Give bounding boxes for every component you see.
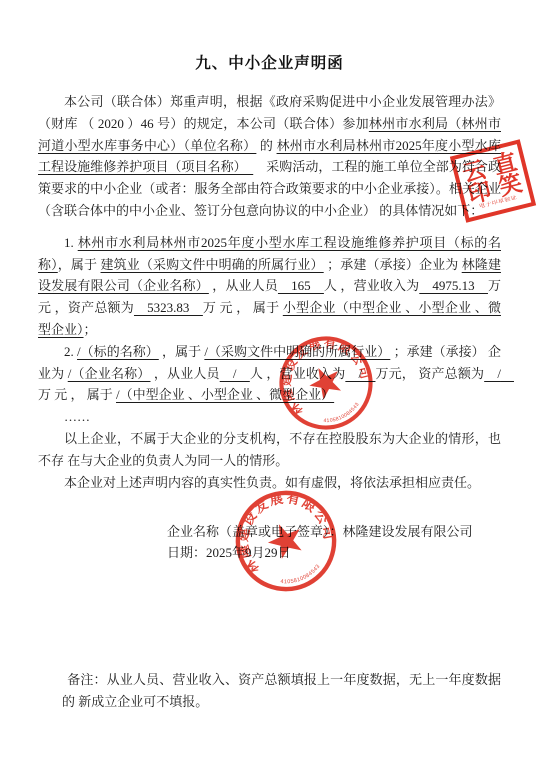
star-icon — [263, 518, 308, 562]
text-run: ，属于 — [58, 257, 101, 272]
filled-blank: 5323.83 — [134, 300, 203, 315]
paragraph-ellipsis: …… — [38, 406, 501, 428]
text-run: 万元， 资产总额为 — [375, 366, 484, 381]
filled-blank: / — [220, 366, 250, 381]
text-run: ，属于 — [159, 344, 205, 359]
text-run: 2. — [64, 344, 77, 359]
filled-blank: / — [484, 366, 514, 381]
document-title: 九、中小企业声明函 — [38, 54, 501, 74]
text-run: 人 ，营业收入为 — [324, 278, 419, 293]
filled-blank: 建筑业（采购文件中明确的所属行业） — [101, 257, 324, 272]
text-run: 万 元 ， 属于 — [203, 300, 283, 315]
filled-blank: 4975.13 — [419, 278, 488, 293]
star-icon — [304, 361, 346, 403]
filled-blank: /（企业名称） — [68, 366, 151, 381]
paragraph-branch-statement: 以上企业，不属于大企业的分支机构，不存在控股股东为大企业的情形，也不存 在与大企… — [38, 428, 501, 472]
declaration-document-page: 九、中小企业声明函 本公司（联合体）郑重声明，根据《政府采购促进中小企业发展管理… — [0, 0, 539, 760]
text-run: 1. — [64, 235, 78, 250]
filled-blank: 165 — [278, 278, 324, 293]
filled-blank: /（标的名称） — [77, 344, 159, 359]
paragraph-item-1: 1. 林州市水利局林州市2025年度小型水库工程设施维修养护项目（标的名称），属… — [38, 232, 501, 341]
text-run: ，从业人员 — [209, 278, 278, 293]
paragraph-declaration: 本公司（联合体）郑重声明，根据《政府采购促进中小企业发展管理办法》（财库 （ 2… — [38, 91, 501, 222]
text-run: ； — [84, 322, 97, 337]
square-stamp-characters: 云 直 印 笑 — [456, 149, 529, 207]
text-run: ，从业人员 — [150, 366, 219, 381]
text-run: 万 元 ， 属于 — [38, 387, 116, 402]
text-run: ；承建（承接）企业为 — [324, 257, 462, 272]
text-run: 的 — [256, 138, 276, 153]
footnote: 备注：从业人员、营业收入、资产总额填报上一年度数据，无上一年度数据的 新成立企业… — [62, 669, 501, 713]
